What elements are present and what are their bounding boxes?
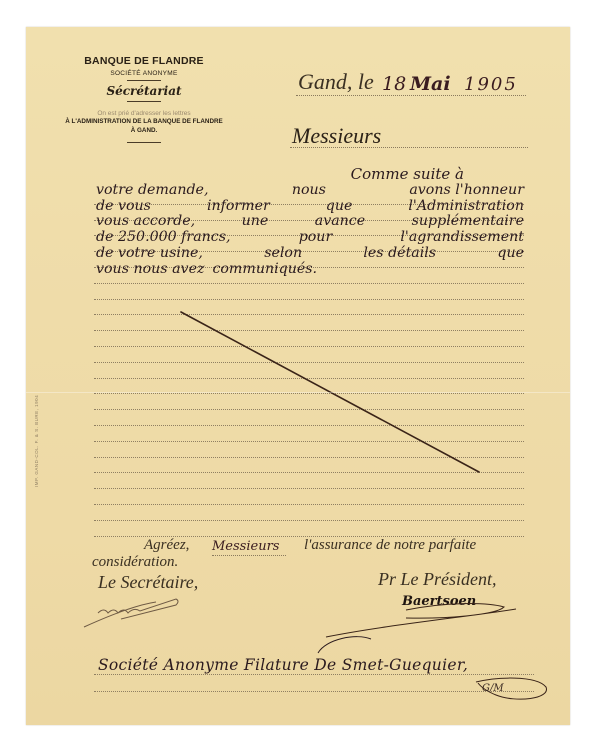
- body-word: de 250.000 francs,: [96, 230, 231, 246]
- closing-agreez: Agréez,: [144, 537, 189, 554]
- rule: [94, 521, 524, 537]
- letter-paper: IMP. GAND-COL. F. & S. BURE, 1904 BANQUE…: [26, 27, 570, 725]
- initials: G/M: [482, 683, 504, 694]
- body-word: supplémentaire: [412, 214, 524, 230]
- rule: [94, 300, 524, 316]
- president-signature: Baertsoen: [402, 594, 476, 609]
- rule: [94, 489, 524, 505]
- rule: [94, 284, 524, 300]
- body-word: selon: [264, 246, 302, 262]
- closing-addressee: Messieurs: [212, 539, 286, 556]
- body-line: de votre usine, selon les détails que: [96, 246, 524, 262]
- rule: [94, 394, 524, 410]
- body-word: pour: [299, 230, 333, 246]
- rule: [94, 379, 524, 395]
- rule: [94, 690, 534, 692]
- body-word: nous: [292, 183, 326, 199]
- rule: [94, 410, 524, 426]
- body-word: communiqués.: [212, 262, 317, 278]
- rule: [94, 363, 524, 379]
- body-word: que: [497, 246, 524, 262]
- body-word: avance: [315, 214, 365, 230]
- body-word: avons l'honneur: [409, 183, 524, 199]
- rule: [94, 473, 524, 489]
- address-note: On est prié d'adresser les lettres: [64, 110, 224, 117]
- body-word: vous accorde,: [96, 214, 195, 230]
- body-word: les détails: [363, 246, 436, 262]
- body-line: de vous informer que l'Administration: [96, 199, 524, 215]
- body-word: l'agrandissement: [400, 230, 524, 246]
- divider: [127, 101, 161, 102]
- body-word: une: [242, 214, 269, 230]
- rule: [94, 505, 524, 521]
- salutation-line: Messieurs: [290, 123, 528, 148]
- letter-body: Comme suite à votre demande, nous avons …: [96, 167, 524, 278]
- date-year: 1905: [464, 74, 518, 95]
- body-word: vous nous avez: [96, 262, 204, 278]
- body-word: Comme suite à: [351, 167, 464, 183]
- divider: [127, 80, 161, 81]
- rule: [94, 347, 524, 363]
- secretary-title: Le Secrétaire,: [98, 572, 198, 593]
- body-line: vous accorde, une avance supplémentaire: [96, 214, 524, 230]
- address-city: À GAND.: [64, 127, 224, 134]
- closing-consideration: considération.: [92, 554, 178, 571]
- secretary-signature-icon: [84, 599, 178, 627]
- printer-mark: IMP. GAND-COL. F. & S. BURE, 1904: [34, 395, 39, 487]
- addressee: Société Anonyme Filature De Smet-Guequie…: [98, 656, 468, 674]
- address-line: À L'ADMINISTRATION DE LA BANQUE DE FLAND…: [64, 118, 224, 125]
- salutation: Messieurs: [292, 123, 381, 149]
- date-line: Gand, le 18 Mai 1905: [296, 67, 526, 96]
- bank-name: BANQUE DE FLANDRE: [64, 55, 224, 67]
- addressee-line: Société Anonyme Filature De Smet-Guequie…: [94, 650, 534, 675]
- president-title: Pr Le Président,: [378, 569, 497, 590]
- body-word: de votre usine,: [96, 246, 203, 262]
- rule: [94, 315, 524, 331]
- company-type: SOCIÉTÉ ANONYME: [64, 70, 224, 77]
- date-month: Mai: [410, 73, 451, 95]
- rule: [94, 442, 524, 458]
- body-line: Comme suite à: [96, 167, 524, 183]
- body-word: que: [326, 199, 353, 215]
- body-word: informer: [207, 199, 270, 215]
- rule: [94, 331, 524, 347]
- body-word: votre demande,: [96, 183, 208, 199]
- rule: [94, 426, 524, 442]
- body-word: l'Administration: [408, 199, 524, 215]
- body-line: votre demande, nous avons l'honneur: [96, 183, 524, 199]
- body-line: vous nous avez communiqués.: [96, 262, 524, 278]
- body-line: de 250.000 francs, pour l'agrandissement: [96, 230, 524, 246]
- department-title: Sécrétariat: [64, 84, 224, 98]
- body-word: de vous: [96, 199, 151, 215]
- date-prefix: Gand, le: [298, 69, 374, 95]
- date-day: 18: [382, 73, 406, 95]
- letterhead: BANQUE DE FLANDRE SOCIÉTÉ ANONYME Sécrét…: [64, 55, 224, 146]
- rule: [94, 458, 524, 474]
- divider: [127, 142, 161, 143]
- closing-assurance: l'assurance de notre parfaite: [304, 537, 476, 554]
